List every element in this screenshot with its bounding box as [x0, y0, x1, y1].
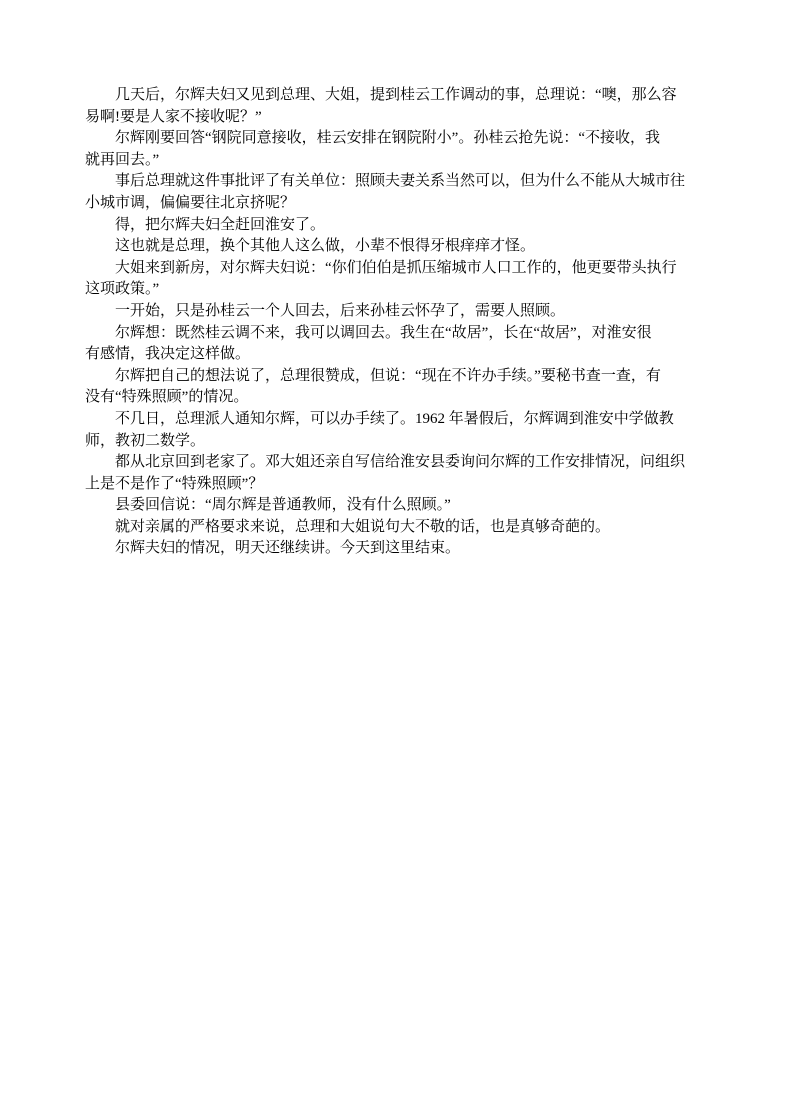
text-line: 这项政策。”: [85, 279, 685, 301]
document-page: 几天后，尔辉夫妇又见到总理、大姐，提到桂云工作调动的事，总理说：“噢，那么容易啊…: [0, 0, 800, 1100]
text-line: 一开始，只是孙桂云一个人回去，后来孙桂云怀孕了，需要人照顾。: [85, 301, 685, 323]
text-line: 几天后，尔辉夫妇又见到总理、大姐，提到桂云工作调动的事，总理说：“噢，那么容: [85, 85, 685, 107]
text-block: 几天后，尔辉夫妇又见到总理、大姐，提到桂云工作调动的事，总理说：“噢，那么容易啊…: [85, 85, 685, 560]
text-line: 这也就是总理，换个其他人这么做，小辈不恨得牙根痒痒才怪。: [85, 236, 685, 258]
text-line: 大姐来到新房，对尔辉夫妇说：“你们伯伯是抓压缩城市人口工作的，他更要带头执行: [85, 258, 685, 280]
text-line: 就对亲属的严格要求来说，总理和大姐说句大不敬的话，也是真够奇葩的。: [85, 517, 685, 539]
text-line: 不几日，总理派人通知尔辉，可以办手续了。1962 年暑假后，尔辉调到淮安中学做教: [85, 409, 685, 431]
text-line: 事后总理就这件事批评了有关单位：照顾夫妻关系当然可以，但为什么不能从大城市往: [85, 171, 685, 193]
text-line: 得，把尔辉夫妇全赶回淮安了。: [85, 215, 685, 237]
text-line: 上是不是作了“特殊照顾”？: [85, 474, 685, 496]
text-line: 尔辉刚要回答“钢院同意接收，桂云安排在钢院附小”。孙桂云抢先说：“不接收，我: [85, 128, 685, 150]
text-line: 就再回去。”: [85, 150, 685, 172]
text-line: 师，教初二数学。: [85, 431, 685, 453]
text-line: 尔辉把自己的想法说了，总理很赞成，但说：“现在不许办手续。”要秘书查一查，有: [85, 366, 685, 388]
text-line: 易啊!要是人家不接收呢？”: [85, 107, 685, 129]
text-line: 尔辉夫妇的情况，明天还继续讲。今天到这里结束。: [85, 538, 685, 560]
text-line: 都从北京回到老家了。邓大姐还亲自写信给淮安县委询问尔辉的工作安排情况，问组织: [85, 452, 685, 474]
text-line: 县委回信说：“周尔辉是普通教师，没有什么照顾。”: [85, 495, 685, 517]
text-line: 有感情，我决定这样做。: [85, 344, 685, 366]
text-line: 小城市调，偏偏要往北京挤呢？: [85, 193, 685, 215]
text-line: 尔辉想：既然桂云调不来，我可以调回去。我生在“故居”，长在“故居”，对淮安很: [85, 323, 685, 345]
text-line: 没有“特殊照顾”的情况。: [85, 387, 685, 409]
